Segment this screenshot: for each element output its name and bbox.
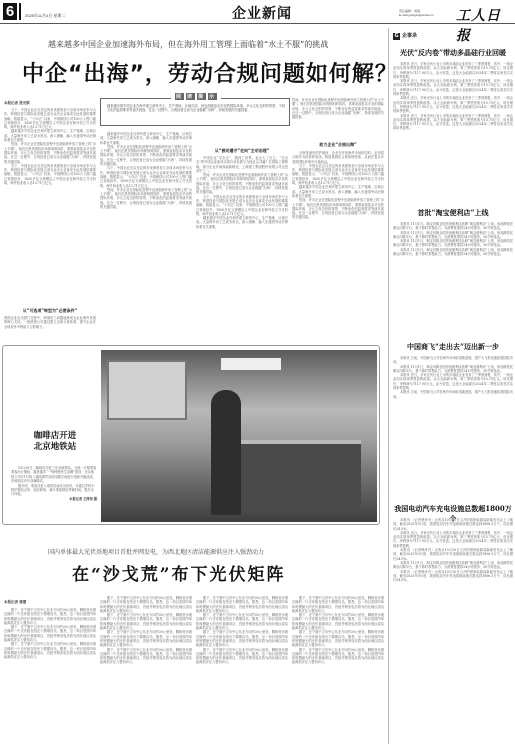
page-number-bar (19, 3, 21, 20)
brief-text-1: 本报讯 近日，多家光伏行业上市的多晶硅企业发布了三季度财报，其中，一线企业均实现… (393, 62, 513, 202)
sidebar-briefs: G企事录 光伏“反内卷”带动多晶硅行业回暖 本报讯 近日，多家光伏行业上市的多晶… (390, 24, 515, 748)
lead-column-4: 合规是最好的护城河。企业在开拓海外市场的同时，必须将合规作为经营的底线，构建系统… (292, 151, 384, 341)
paragraph: 当下，中国企业正以坚定的步伐深度参与全球市场竞争与合作，跨国经营与国际化发展已成… (4, 164, 96, 185)
paragraph: 越来越多中国企业在海外建立研发中心、生产基地、区域总部，大量海外用工已成为常态，… (4, 129, 96, 142)
brief-text-3: 本报讯 日前，中国商飞公司在海外市场取得新进展，国产大飞机加速拓展国际市场。 本… (393, 356, 513, 496)
lead-column-4-top: 然而，许多企业在国际化进程中也面临海外用工管理上的“水土不服”。他们在熟悉国际市… (292, 98, 384, 138)
subhead-2: 从“被动遵守”走向“主动治理” (196, 148, 288, 154)
second-column-4: 眼下，在宁夏中卫市中心东北方向约30公里处，腾格里沙漠边缘的一片光伏板在阳光下熠… (292, 596, 384, 746)
lead-headline: 中企“出海”，劳动合规问题如何解？ (22, 57, 398, 88)
subhead-1-text: 我国企业走出国门过程中，跨境用工问题逐渐成为企业海外发展的核心关切。一批跨国公司… (4, 316, 96, 340)
brief-headline-3: 中国商飞“走出去”迈出新一步 (393, 342, 513, 352)
second-headline: 在“沙戈荒”布下光伏矩阵 (72, 560, 286, 585)
lead-byline: 本报记者 张光斯 (4, 101, 30, 106)
lead-kicker: 越来越多中国企业加速海外布局，但在海外用工管理上面临着“水土不服”的挑战 (48, 39, 328, 50)
second-column-1: 眼下，在宁夏中卫市中心东北方向约30公里处，腾格里沙漠边缘的一片光伏板在阳光下熠… (4, 608, 96, 746)
brief-text-2: 本报讯 11月1日，淘宝闪购全国首批便利店品牌“淘宝便利店”上线，该品牌依托淘宝… (393, 222, 513, 332)
subway-coffee-photo (101, 350, 377, 522)
lead-column-2: 越来越多中国企业在海外建立研发中心、生产基地、区域总部，大量海外用工已成为常态，… (100, 132, 192, 332)
lead-column-1: 当下，中国企业正以坚定的步伐深度参与全球市场竞争与合作，跨国经营与国际化发展已成… (4, 108, 96, 278)
page-number: 6 (3, 3, 17, 20)
section-title: 企业新闻 (232, 3, 292, 23)
subhead-1: 从“可选项”转型为“必要条件” (4, 308, 96, 314)
brief-text-4: 本报讯 （记者韩舟舟）记者从10月30日召开的国家能源局新闻发布会上了解到，截至… (393, 518, 513, 746)
paragraph: 然而，许多企业在国际化进程中也面临海外用工管理上的“水土不服”。他们在熟悉国际市… (4, 142, 96, 163)
masthead: 6 2025年11月4日 星期二 企业新闻 责任编辑：周晨 E-mail:grb… (0, 0, 515, 24)
paragraph: 当下，中国企业正以坚定的步伐深度参与全球市场竞争与合作，跨国经营与国际化发展已成… (4, 108, 96, 129)
reading-tips-title: 阅读提示 (171, 93, 221, 100)
second-column-3: 眼下，在宁夏中卫市中心东北方向约30公里处，腾格里沙漠边缘的一片光伏板在阳光下熠… (196, 596, 288, 746)
subhead-3: 助力企业“合规出海” (292, 142, 384, 148)
reading-tips-text: 越来越多的中国企业在海外建立研发中心、生产基地、区域总部，但也面临复杂多变的国际… (107, 104, 285, 113)
brief-tag-icon: G (393, 33, 400, 40)
photo-feature: 咖啡店开进 北京地铁站 10月30日，咖啡店开进了北京地铁站。当地一方便乘客乘客… (2, 345, 380, 525)
sidebar-tag: G企事录 (393, 32, 417, 40)
second-kicker: 国内单体最大光伏基地项目首批并网发电，为西北地区清洁能源供应注入强劲动力 (48, 547, 264, 556)
brief-headline-1: 光伏“反内卷”带动多晶硅行业回暖 (393, 48, 513, 58)
photo-caption: 10月30日，咖啡店开进了北京地铁站。当地一方便乘客乘客出行期间，越来越多“一刻… (11, 466, 97, 501)
editor-credit: 责任编辑：周晨 E-mail:grbqiye@workercn (399, 9, 433, 17)
reading-tips-box: 阅读提示 越来越多的中国企业在海外建立研发中心、生产基地、区域总部，但也面临复杂… (100, 98, 290, 126)
issue-date: 2025年11月4日 星期二 (25, 13, 65, 19)
column-divider (388, 28, 389, 744)
lead-column-3: 中国企业“走出去”，遇到了世界，也让大了自己。“走出去”的中国企业如何实现自身发… (196, 156, 288, 342)
second-byline: 本报记者 蒋蕾 (4, 600, 26, 605)
photo-title: 咖啡店开进 北京地铁站 (23, 431, 87, 453)
brief-headline-2: 首批“淘宝便利店”上线 (393, 208, 513, 218)
second-column-2: 眼下，在宁夏中卫市中心东北方向约30公里处，腾格里沙漠边缘的一片光伏板在阳光下熠… (100, 596, 192, 746)
